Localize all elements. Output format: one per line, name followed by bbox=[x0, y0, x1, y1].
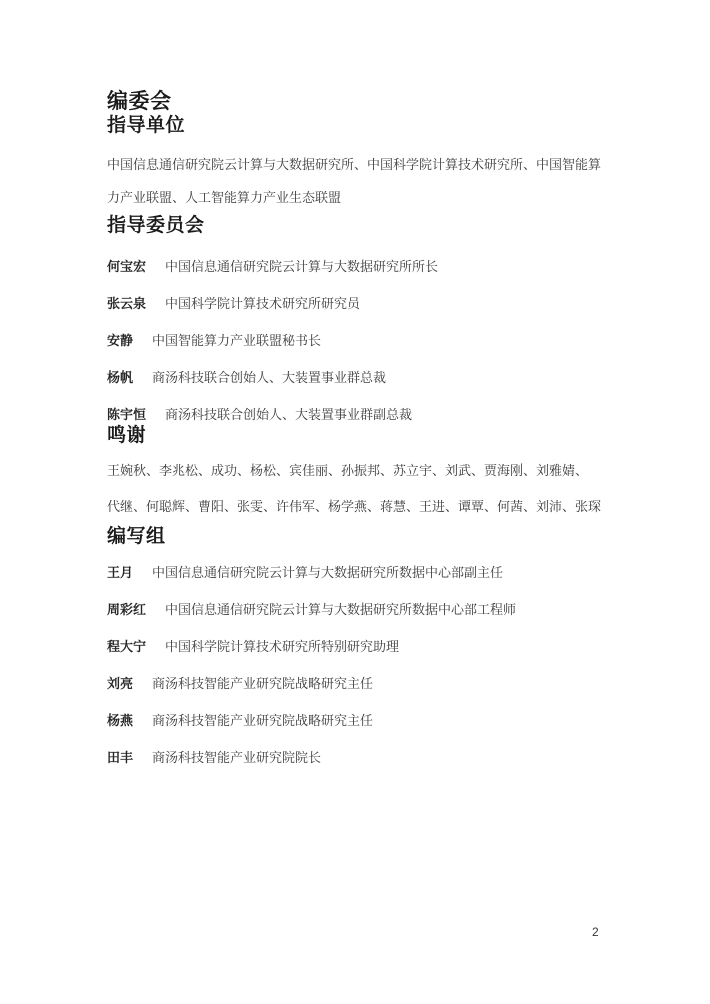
page-number: 2 bbox=[592, 925, 599, 939]
paragraph-line: 力产业联盟、人工智能算力产业生态联盟 bbox=[107, 181, 608, 214]
member-title: 中国科学院计算技术研究所特别研究助理 bbox=[165, 639, 399, 654]
member-name: 杨帆 bbox=[107, 370, 133, 385]
section-heading-acknowledgements: 鸣谢 bbox=[107, 424, 608, 448]
member-name: 张云泉 bbox=[107, 296, 146, 311]
committee-member-row: 陈宇恒商汤科技联合创始人、大装置事业群副总裁 bbox=[107, 406, 608, 424]
section-heading-guiding-committee: 指导委员会 bbox=[107, 214, 608, 238]
writer-member-row: 周彩红中国信息通信研究院云计算与大数据研究所数据中心部工程师 bbox=[107, 601, 608, 619]
member-name: 田丰 bbox=[107, 750, 133, 765]
committee-member-row: 杨帆商汤科技联合创始人、大装置事业群总裁 bbox=[107, 369, 608, 387]
member-title: 中国信息通信研究院云计算与大数据研究所数据中心部副主任 bbox=[152, 565, 503, 580]
member-name: 程大宁 bbox=[107, 639, 146, 654]
member-title: 商汤科技联合创始人、大装置事业群总裁 bbox=[152, 370, 386, 385]
names-line: 代继、何聪辉、曹阳、张雯、许伟军、杨学燕、蒋慧、王进、谭覃、何茜、刘沛、张琛 bbox=[107, 489, 608, 525]
writer-member-row: 杨燕商汤科技智能产业研究院战略研究主任 bbox=[107, 712, 608, 730]
member-title: 商汤科技联合创始人、大装置事业群副总裁 bbox=[165, 407, 412, 422]
writer-member-row: 田丰商汤科技智能产业研究院院长 bbox=[107, 749, 608, 767]
committee-member-row: 何宝宏中国信息通信研究院云计算与大数据研究所所长 bbox=[107, 258, 608, 276]
acknowledgements-names: 王婉秋、李兆松、成功、杨松、宾佳丽、孙振邦、苏立宇、刘武、贾海刚、刘雅婧、 代继… bbox=[107, 453, 608, 525]
writer-member-row: 程大宁中国科学院计算技术研究所特别研究助理 bbox=[107, 638, 608, 656]
page-content: 编委会 指导单位 中国信息通信研究院云计算与大数据研究所、中国科学院计算技术研究… bbox=[107, 0, 608, 767]
member-title: 商汤科技智能产业研究院院长 bbox=[152, 750, 321, 765]
committee-member-row: 安静中国智能算力产业联盟秘书长 bbox=[107, 332, 608, 350]
member-title: 中国信息通信研究院云计算与大数据研究所数据中心部工程师 bbox=[165, 602, 516, 617]
writer-member-row: 刘亮商汤科技智能产业研究院战略研究主任 bbox=[107, 675, 608, 693]
section-heading-guiding-units: 指导单位 bbox=[107, 114, 608, 138]
page-title: 编委会 bbox=[107, 90, 608, 114]
guiding-units-paragraph: 中国信息通信研究院云计算与大数据研究所、中国科学院计算技术研究所、中国智能算 力… bbox=[107, 148, 608, 214]
section-heading-writing-group: 编写组 bbox=[107, 525, 608, 549]
member-name: 王月 bbox=[107, 565, 133, 580]
member-title: 商汤科技智能产业研究院战略研究主任 bbox=[152, 676, 373, 691]
member-title: 商汤科技智能产业研究院战略研究主任 bbox=[152, 713, 373, 728]
member-name: 何宝宏 bbox=[107, 259, 146, 274]
member-name: 杨燕 bbox=[107, 713, 133, 728]
document-page: 编委会 指导单位 中国信息通信研究院云计算与大数据研究所、中国科学院计算技术研究… bbox=[0, 0, 710, 1004]
member-title: 中国智能算力产业联盟秘书长 bbox=[152, 333, 321, 348]
paragraph-line: 中国信息通信研究院云计算与大数据研究所、中国科学院计算技术研究所、中国智能算 bbox=[107, 148, 608, 181]
member-name: 陈宇恒 bbox=[107, 407, 146, 422]
member-name: 安静 bbox=[107, 333, 133, 348]
writer-member-row: 王月中国信息通信研究院云计算与大数据研究所数据中心部副主任 bbox=[107, 564, 608, 582]
committee-member-row: 张云泉中国科学院计算技术研究所研究员 bbox=[107, 295, 608, 313]
member-title: 中国信息通信研究院云计算与大数据研究所所长 bbox=[165, 259, 438, 274]
names-line: 王婉秋、李兆松、成功、杨松、宾佳丽、孙振邦、苏立宇、刘武、贾海刚、刘雅婧、 bbox=[107, 453, 608, 489]
member-name: 周彩红 bbox=[107, 602, 146, 617]
member-name: 刘亮 bbox=[107, 676, 133, 691]
member-title: 中国科学院计算技术研究所研究员 bbox=[165, 296, 360, 311]
